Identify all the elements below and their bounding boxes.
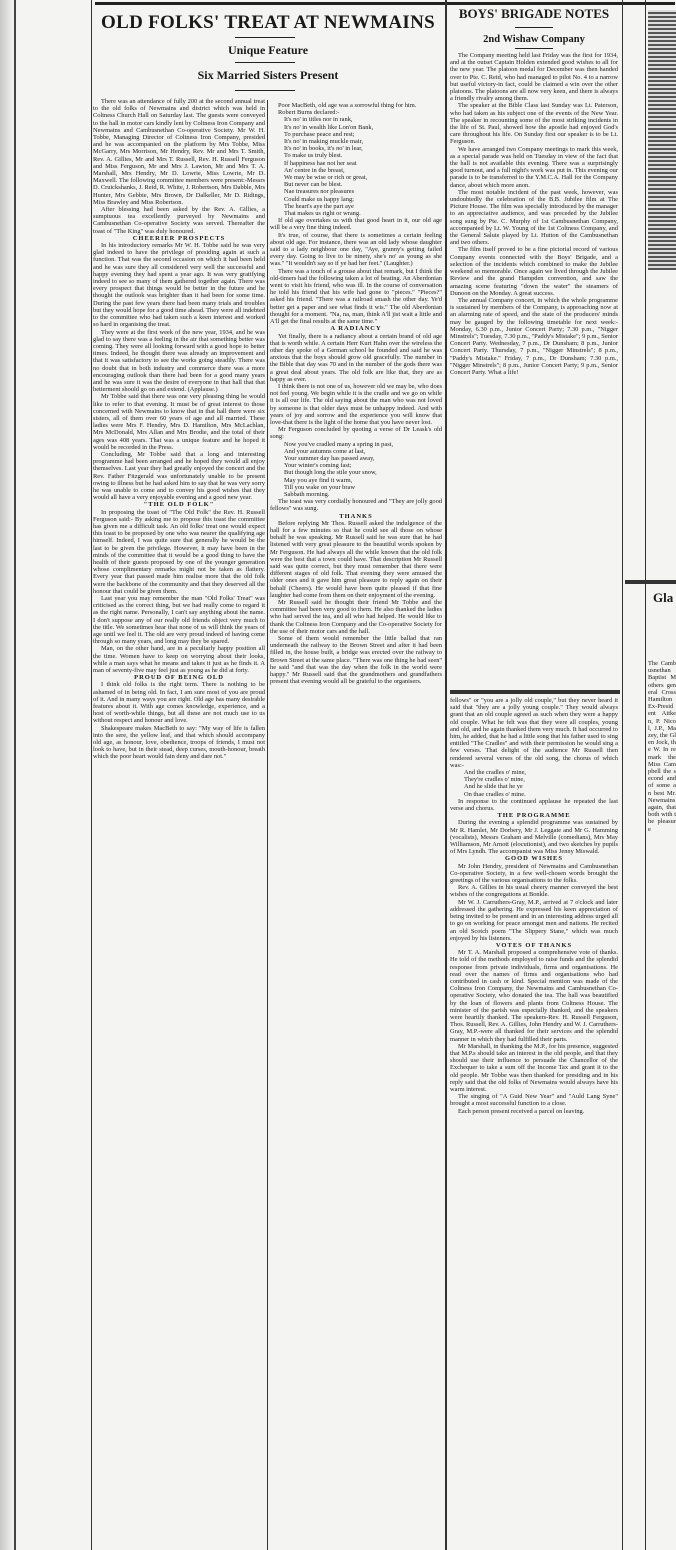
- verse-line: And he slide that he ye: [450, 783, 618, 790]
- section-heading: THE PROGRAMME: [450, 812, 618, 819]
- section-heading: THANKS: [270, 513, 442, 520]
- paragraph: Mr Marshall, in thanking the M.P., for h…: [450, 1043, 618, 1093]
- bb-article-body: The Company meeting held last Friday was…: [450, 52, 618, 688]
- paragraph: During the evening a splendid programme …: [450, 819, 618, 855]
- decorative-border: [648, 10, 676, 270]
- section-divider: [625, 580, 676, 584]
- verse-line: Sabbath morning.: [270, 491, 442, 498]
- verse-line: Nae treasures nor pleasures: [270, 188, 442, 195]
- poem-verse: Now you've cradled many a spring in past…: [270, 441, 442, 499]
- section-heading: A RADIANCY: [270, 325, 442, 332]
- paragraph: The speaker at the Bible Class last Sund…: [450, 102, 618, 145]
- paragraph: Last year you may remember the man "Old …: [93, 595, 265, 645]
- intro-paragraph: There was an attendance of fully 200 at …: [93, 98, 265, 206]
- paragraph: In proposing the toast of "The Old Folk"…: [93, 509, 265, 595]
- paragraph: If old age overtakes us with that good h…: [270, 217, 442, 231]
- verse-line: An' centre in the breast,: [270, 167, 442, 174]
- poem-verse: It's no' in titles nor in rank,It's no' …: [270, 116, 442, 217]
- bb-headline: BOYS' BRIGADE NOTES: [450, 6, 618, 22]
- paragraph: The toast was very cordially honoured an…: [270, 498, 442, 512]
- top-rule: [95, 2, 675, 5]
- page-edge-line: [14, 0, 16, 1550]
- main-article-column-1: There was an attendance of fully 200 at …: [93, 98, 265, 1548]
- paragraph: The annual Company concert, in which the…: [450, 297, 618, 376]
- verse-line: But never can be blest.: [270, 181, 442, 188]
- verse-line: We may be wise or rich or great,: [270, 174, 442, 181]
- adjacent-headline-fragment: Gla: [653, 590, 673, 606]
- paragraph: The most notable incident of the past we…: [450, 189, 618, 247]
- paragraph: It's true, of course, that there is some…: [270, 232, 442, 268]
- section-divider: [450, 690, 620, 694]
- verse-line: To purchase peace and rest;: [270, 131, 442, 138]
- paragraph: Some of them would remember the little b…: [270, 635, 442, 685]
- verse-line: Could make us happy lang;: [270, 196, 442, 203]
- paragraph: Mr Ferguson concluded by quoting a verse…: [270, 426, 442, 440]
- verse-line: But though long the stile your snow,: [270, 469, 442, 476]
- verse-line: It's no' in books, it's no' in lear,: [270, 145, 442, 152]
- paragraph: The Company meeting held last Friday was…: [450, 52, 618, 102]
- verse-line: Your winter's coming fast;: [270, 462, 442, 469]
- paragraph: Mr T. A. Marshall proposed a comprehensi…: [450, 949, 618, 1043]
- paragraph: I think there is not one of us, however …: [270, 383, 442, 426]
- verse-line: On thae cradles o' mine.: [450, 791, 618, 798]
- paragraph: Each person present received a parcel on…: [450, 1108, 618, 1115]
- verse-line: If happiness hae not her seat: [270, 160, 442, 167]
- paragraph: In response to the continued applause he…: [450, 798, 618, 812]
- verse-line: It's no' in wealth like Lon'on Bank,: [270, 124, 442, 131]
- section-heading: VOTES OF THANKS: [450, 942, 618, 949]
- divider: [515, 27, 553, 28]
- paragraph: Robert Burns declared:-: [270, 109, 442, 116]
- page-edge-shadow: [0, 0, 14, 1550]
- section-heading: CHEERIER PROSPECTS: [93, 235, 265, 242]
- song-chorus: And the cradles o' mine,They're cradles …: [450, 769, 618, 798]
- paragraph: I think old folks is the right term. The…: [93, 681, 265, 724]
- paragraph: Mr John Hendry, president of Newmains an…: [450, 863, 618, 885]
- verse-line: The heart's aye the part aye: [270, 203, 442, 210]
- verse-line: Your summer day has passed away,: [270, 455, 442, 462]
- verse-line: Till you wake on your braw: [270, 484, 442, 491]
- main-article-column-3: fellows" or "you are a jolly old couple,…: [450, 697, 618, 1547]
- divider: [235, 37, 295, 38]
- paragraph: Man, on the other hand, are in a peculia…: [93, 645, 265, 674]
- paragraph: After blessing had been asked by the Rev…: [93, 206, 265, 235]
- section-heading: PROUD OF BEING OLD: [93, 674, 265, 681]
- column-rule: [91, 0, 92, 1550]
- verse-line: May you aye find it warm,: [270, 477, 442, 484]
- paragraph: Before replying Mr Thos. Russell asked t…: [270, 520, 442, 599]
- verse-line: To make us truly blest.: [270, 152, 442, 159]
- verse-line: That makes us right or wrang.: [270, 210, 442, 217]
- section-heading: "THE OLD FOLK": [93, 501, 265, 508]
- column-rule: [645, 0, 646, 1550]
- main-article-column-2: Poor MacBeth, old age was a sorrowful th…: [270, 102, 442, 1550]
- paragraph: Rev. A. Gillies in his usual cheery mann…: [450, 884, 618, 898]
- paragraph: In his introductory remarks Mr W. H. Tob…: [93, 242, 265, 328]
- paragraph: There was a touch of a grouse about that…: [270, 268, 442, 326]
- divider: [235, 90, 295, 91]
- adjacent-column-text: The Cambusnethan Baptist Mothers general…: [648, 660, 676, 1540]
- article-headline: OLD FOLKS' TREAT AT NEWMAINS: [93, 12, 443, 34]
- paragraph: The film itself proved to be a fine pict…: [450, 246, 618, 296]
- verse-line: And your autumns come at last,: [270, 448, 442, 455]
- paragraph: Shakespeare makes MacBeth to say: "My wa…: [93, 725, 265, 761]
- paragraph: Mr Russell said he thought their friend …: [270, 599, 442, 635]
- paragraph: They were at the first week of the new y…: [93, 329, 265, 394]
- column-rule: [445, 0, 447, 1550]
- paragraph: The singing of "A Guid New Year" and "Au…: [450, 1093, 618, 1107]
- verse-line: Now you've cradled many a spring in past…: [270, 441, 442, 448]
- verse-line: It's no' in making muckle mair,: [270, 138, 442, 145]
- bb-subhead: 2nd Wishaw Company: [450, 34, 618, 45]
- paragraph: The Cambusnethan Baptist Mothers general…: [648, 660, 676, 833]
- paragraph: We have arranged two Company meetings to…: [450, 146, 618, 189]
- verse-line: It's no' in titles nor in rank,: [270, 116, 442, 123]
- paragraph: Poor MacBeth, old age was a sorrowful th…: [270, 102, 442, 109]
- paragraph: fellows" or "you are a jolly old couple,…: [450, 697, 618, 769]
- verse-line: And the cradles o' mine,: [450, 769, 618, 776]
- column-rule: [622, 0, 623, 1550]
- article-subhead-1: Unique Feature: [93, 43, 443, 58]
- paragraph: Mr W. J. Carruthers-Gray, M.P., arrived …: [450, 899, 618, 942]
- article-subhead-2: Six Married Sisters Present: [93, 68, 443, 83]
- verse-line: They're cradles o' mine,: [450, 776, 618, 783]
- paragraph: Yet finally, there is a radiancy about a…: [270, 333, 442, 383]
- divider: [235, 62, 295, 63]
- paragraph: Concluding, Mr Tobbe said that a long an…: [93, 451, 265, 501]
- paragraph: Mr Tobbe said that there was one very pl…: [93, 393, 265, 451]
- column-rule: [267, 100, 268, 1550]
- section-heading: GOOD WISHES: [450, 855, 618, 862]
- divider: [515, 48, 553, 49]
